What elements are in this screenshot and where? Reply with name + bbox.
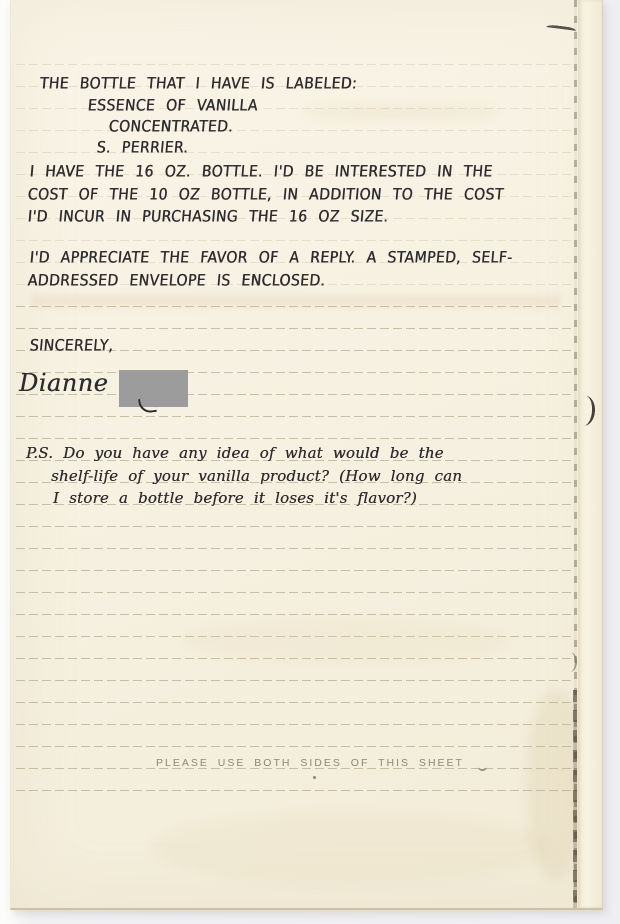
ps-line-3: I store a bottle before it loses it's fl… — [53, 491, 417, 506]
scanned-letter-page: THE BOTTLE THAT I HAVE IS LABELED: ESSEN… — [0, 0, 620, 924]
ps-line-1: P.S. Do you have any idea of what would … — [26, 446, 444, 461]
fold-crease-shadow — [573, 690, 577, 908]
label-line-brand: S. PERRIER. — [96, 140, 189, 156]
reply-line-2: ADDRESSED ENVELOPE IS ENCLOSED. — [27, 273, 326, 289]
paper-stain — [151, 812, 551, 884]
label-line-concentrated: CONCENTRATED. — [108, 119, 234, 135]
paper-edge-strip — [578, 0, 602, 908]
small-check-mark — [478, 763, 487, 771]
label-line-essence: ESSENCE OF VANILLA — [87, 98, 258, 114]
fold-shadow — [31, 290, 561, 312]
ink-dot — [313, 776, 316, 779]
closing-line: SINCERELY, — [29, 338, 114, 354]
reply-line-1: I'D APPRECIATE THE FAVOR OF A REPLY. A S… — [29, 250, 513, 266]
body-line-3: I'D INCUR IN PURCHASING THE 16 OZ SIZE. — [27, 209, 389, 225]
ruled-lines-main — [16, 285, 572, 793]
letter-sheet: THE BOTTLE THAT I HAVE IS LABELED: ESSEN… — [10, 0, 603, 910]
body-line-2: COST OF THE 10 OZ BOTTLE, IN ADDITION TO… — [27, 187, 504, 203]
letter-opening-line: THE BOTTLE THAT I HAVE IS LABELED: — [39, 76, 358, 92]
printed-footer-text: PLEASE USE BOTH SIDES OF THIS SHEET — [156, 757, 464, 769]
body-line-1: I HAVE THE 16 OZ. BOTTLE. I'D BE INTERES… — [29, 164, 493, 180]
ps-line-2: shelf-life of your vanilla product? (How… — [51, 469, 462, 484]
pen-mark-top-right — [546, 24, 577, 35]
